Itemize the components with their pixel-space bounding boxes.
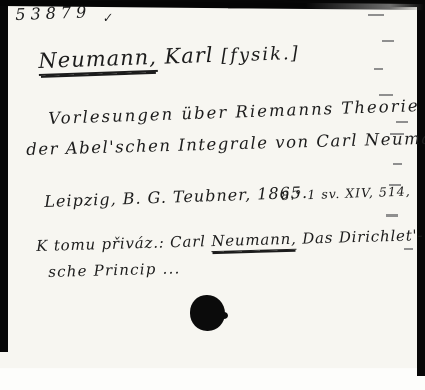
check-mark: ✓ xyxy=(101,10,113,25)
card-edge-right xyxy=(417,0,425,376)
note-suffix: Das Dirichlet'- xyxy=(302,226,424,247)
scan-noise xyxy=(368,14,384,16)
accession-number: 53879 xyxy=(15,2,92,24)
catalog-card-scan: 53879 ✓ Neumann, Karl [fysik.] Vorlesung… xyxy=(0,0,425,390)
scan-noise xyxy=(386,214,398,217)
bound-with-note-line-2: sche Princip ... xyxy=(48,259,181,281)
scan-noise xyxy=(382,40,394,42)
heading-qualifier: [fysik.] xyxy=(221,43,300,67)
scan-noise xyxy=(396,121,408,123)
scan-noise xyxy=(374,68,383,70)
scan-noise xyxy=(404,248,413,250)
heading-surname: Neumann, xyxy=(38,45,157,76)
scan-noise xyxy=(379,94,393,96)
note-author: Neumann, xyxy=(211,230,297,252)
heading-forename: Karl xyxy=(164,43,214,69)
scan-background xyxy=(0,369,425,390)
scan-noise xyxy=(393,163,402,165)
note-prefix: K tomu přiváz.: Carl xyxy=(36,232,206,255)
punch-hole xyxy=(190,295,225,331)
card-edge-left xyxy=(0,0,8,352)
